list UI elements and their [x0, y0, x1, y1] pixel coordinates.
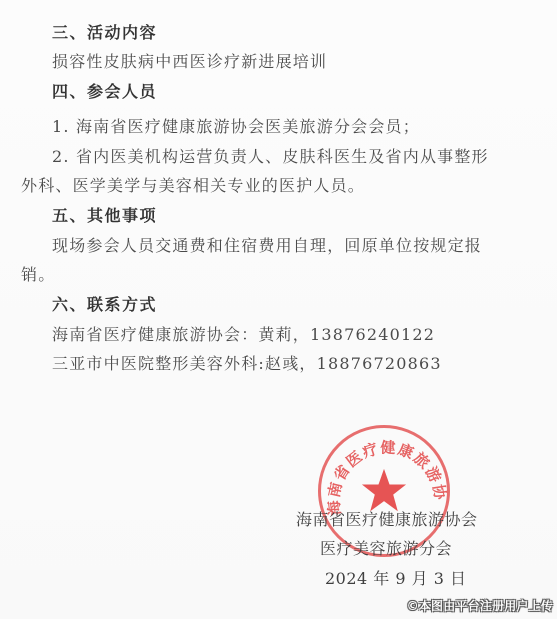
- activity-content: 损容性皮肤病中西医诊疗新进展培训: [52, 52, 327, 72]
- document-page: 三、活动内容 损容性皮肤病中西医诊疗新进展培训 四、参会人员 1. 海南省医疗健…: [0, 0, 557, 619]
- section-heading-other-matters: 五、其他事项: [52, 206, 157, 226]
- attendee-item-1: 1. 海南省医疗健康旅游协会医美旅游分会会员；: [52, 117, 420, 137]
- contact-hospital: 三亚市中医院整形美容外科:赵彧，18876720863: [52, 354, 442, 374]
- section-heading-activity: 三、活动内容: [52, 23, 157, 43]
- signature-organization: 海南省医疗健康旅游协会: [296, 507, 478, 530]
- attendee-item-2-continued: 外科、医学美学与美容相关专业的医护人员。: [21, 176, 365, 196]
- section-heading-attendees: 四、参会人员: [52, 82, 157, 102]
- section-heading-contact: 六、联系方式: [52, 295, 157, 315]
- signature-date: 2024 年 9 月 3 日: [325, 566, 467, 589]
- attendee-item-2: 2. 省内医美机构运营负责人、皮肤科医生及省内从事整形: [52, 147, 489, 167]
- other-matters-text: 现场参会人员交通费和住宿费用自理，回原单位按规定报: [52, 236, 482, 256]
- other-matters-text-continued: 销。: [21, 265, 55, 285]
- upload-watermark: ©本图由平台注册用户上传: [407, 597, 553, 614]
- contact-association: 海南省医疗健康旅游协会：黄莉，13876240122: [52, 325, 435, 345]
- signature-branch: 医疗美容旅游分会: [320, 536, 452, 559]
